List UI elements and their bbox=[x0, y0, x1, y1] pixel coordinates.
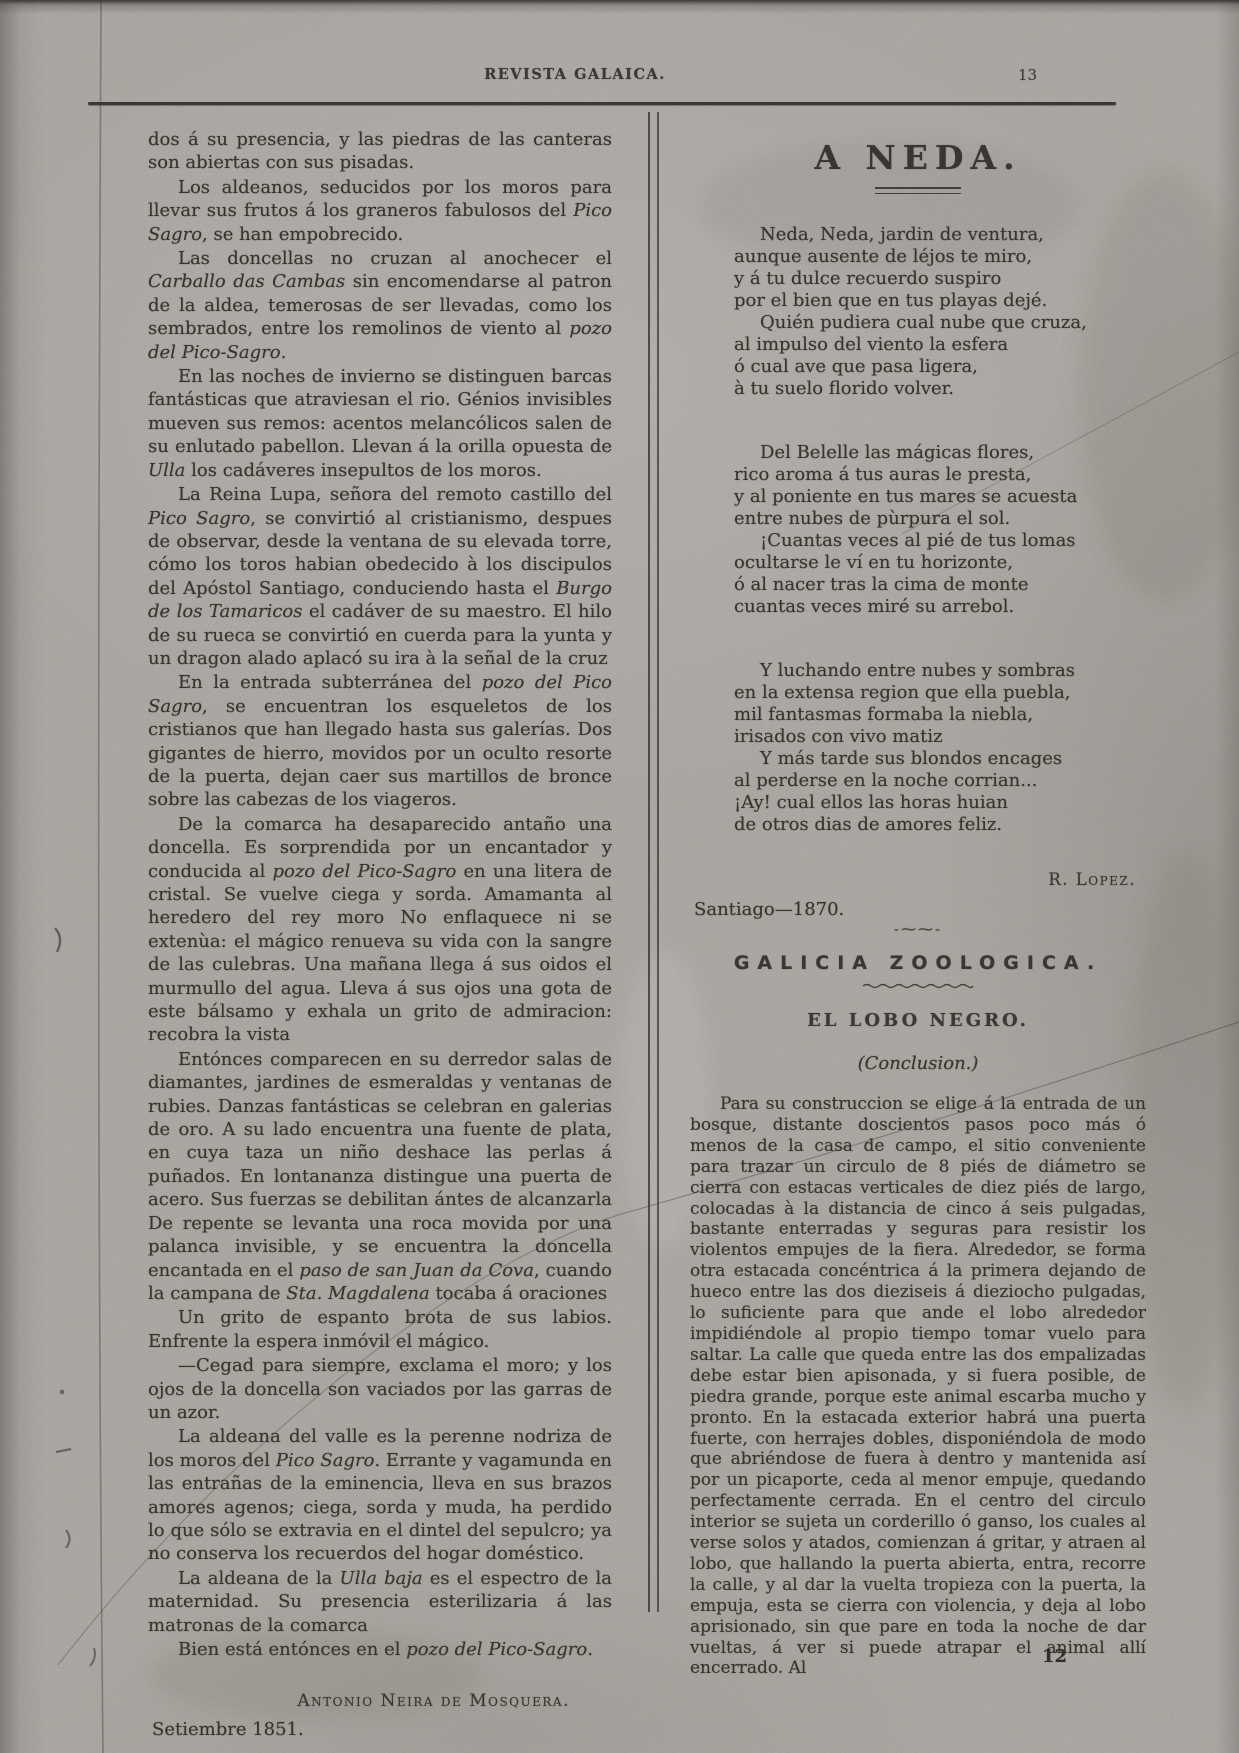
poem-line: ó cual ave que pasa ligera, bbox=[734, 356, 1146, 378]
poem-line: Del Belelle las mágicas flores, bbox=[734, 442, 1146, 464]
paragraph: En la entrada subterránea del pozo del P… bbox=[148, 671, 612, 811]
paragraph: De la comarca ha desaparecido antaño una… bbox=[148, 813, 612, 1047]
page-number-bottom: 12 bbox=[1042, 1646, 1067, 1667]
paragraph: La Reina Lupa, señora del remoto castill… bbox=[148, 483, 612, 670]
poem-line: ¡Cuantas veces al pié de tus lomas bbox=[734, 530, 1146, 552]
poem-title-rule bbox=[875, 187, 961, 194]
scanned-document-page: REVISTA GALAICA. 13 dos á su presencia, … bbox=[0, 0, 1239, 1753]
poet-signature: R. Lopez. bbox=[690, 870, 1146, 889]
poem-line: à tu suelo florido volver. bbox=[734, 378, 1146, 400]
paragraph: Entónces comparecen en su derredor salas… bbox=[148, 1048, 612, 1305]
right-column: A NEDA. Neda, Neda, jardin de ventura,au… bbox=[690, 118, 1146, 1679]
paragraph: Las doncellas no cruzan al anochecer el … bbox=[148, 247, 612, 364]
poem-line: en la extensa region que ella puebla, bbox=[734, 682, 1146, 704]
section-rule bbox=[862, 982, 974, 990]
poem-line: cuantas veces miré su arrebol. bbox=[734, 596, 1146, 618]
paper-stain bbox=[1130, 850, 1239, 1410]
poem-line: de otros dias de amores feliz. bbox=[734, 814, 1146, 836]
paragraph: dos á su presencia, y las piedras de las… bbox=[148, 128, 612, 175]
journal-title: REVISTA GALAICA. bbox=[0, 66, 1150, 83]
poem-line: Y luchando entre nubes y sombras bbox=[734, 660, 1146, 682]
poem-stanza: Del Belelle las mágicas flores,rico arom… bbox=[734, 442, 1146, 618]
poem-line: irisados con vivo matiz bbox=[734, 726, 1146, 748]
column-divider bbox=[648, 112, 659, 1612]
poem-title: A NEDA. bbox=[690, 138, 1146, 177]
paragraph: Los aldeanos, seducidos por los moros pa… bbox=[148, 176, 612, 246]
poem-line: al impulso del viento la esfera bbox=[734, 334, 1146, 356]
paragraph: Para su construccion se elige á la entra… bbox=[690, 1094, 1146, 1679]
paragraph: En las noches de invierno se distinguen … bbox=[148, 365, 612, 482]
poem-line: entre nubes de pùrpura el sol. bbox=[734, 508, 1146, 530]
poem-stanza: Neda, Neda, jardin de ventura,aunque aus… bbox=[734, 224, 1146, 400]
right-article-body: Para su construccion se elige á la entra… bbox=[690, 1094, 1146, 1679]
poem-line: Neda, Neda, jardin de ventura, bbox=[734, 224, 1146, 246]
author-signature: Antonio Neira de Mosquera. bbox=[148, 1691, 612, 1711]
paragraph: La aldeana de la Ulla baja es el espectr… bbox=[148, 1567, 612, 1637]
paragraph: Bien está entónces en el pozo del Pico-S… bbox=[148, 1638, 612, 1661]
article-date: Setiembre 1851. bbox=[148, 1719, 612, 1740]
header-rule bbox=[88, 102, 1116, 105]
left-column: dos á su presencia, y las piedras de las… bbox=[148, 128, 612, 1740]
poem-place-date: Santiago—1870. bbox=[690, 899, 1146, 920]
poem-line: y al poniente en tus mares se acuesta bbox=[734, 486, 1146, 508]
poem-line: mil fantasmas formaba la niebla, bbox=[734, 704, 1146, 726]
poem-line: por el bien que en tus playas dejé. bbox=[734, 290, 1146, 312]
section-ornament: -⁓⁓- bbox=[690, 920, 1146, 938]
poem-body: Neda, Neda, jardin de ventura,aunque aus… bbox=[690, 224, 1146, 836]
section-title: GALICIA ZOOLOGICA. bbox=[690, 952, 1146, 974]
left-article-body: dos á su presencia, y las piedras de las… bbox=[148, 128, 612, 1661]
paragraph: La aldeana del valle es la perenne nodri… bbox=[148, 1425, 612, 1565]
conclusion-note: (Conclusion.) bbox=[690, 1053, 1146, 1074]
poem-line: aunque ausente de léjos te miro, bbox=[734, 246, 1146, 268]
poem-line: y á tu dulce recuerdo suspiro bbox=[734, 268, 1146, 290]
poem-line: Quién pudiera cual nube que cruza, bbox=[734, 312, 1146, 334]
poem-line: al perderse en la noche corrian... bbox=[734, 770, 1146, 792]
poem-line: Y más tarde sus blondos encages bbox=[734, 748, 1146, 770]
paragraph: Un grito de espanto brota de sus labios.… bbox=[148, 1306, 612, 1353]
poem-line: rico aroma á tus auras le presta, bbox=[734, 464, 1146, 486]
poem-line: ¡Ay! cual ellos las horas huian bbox=[734, 792, 1146, 814]
poem-line: ocultarse le ví en tu horizonte, bbox=[734, 552, 1146, 574]
poem-line: ó al nacer tras la cima de monte bbox=[734, 574, 1146, 596]
page-number-top: 13 bbox=[1018, 66, 1037, 84]
poem-stanza: Y luchando entre nubes y sombrasen la ex… bbox=[734, 660, 1146, 836]
paragraph: —Cegad para siempre, exclama el moro; y … bbox=[148, 1354, 612, 1424]
article-subtitle: EL LOBO NEGRO. bbox=[690, 1010, 1146, 1031]
